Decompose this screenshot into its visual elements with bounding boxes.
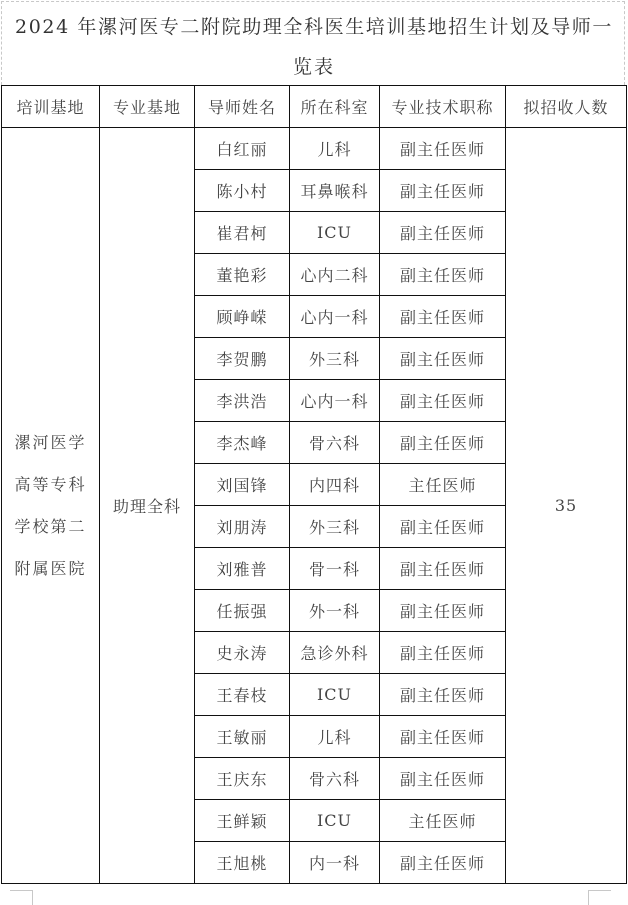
planned-enrollment-cell: 35 <box>506 128 627 884</box>
professional-title-cell: 副主任医师 <box>380 128 506 170</box>
mentor-name-cell: 史永涛 <box>195 632 290 674</box>
mentor-name-cell: 董艳彩 <box>195 254 290 296</box>
mentor-name-cell: 顾峥嵘 <box>195 296 290 338</box>
mentor-name-cell: 白红丽 <box>195 128 290 170</box>
mentor-name-cell: 李杰峰 <box>195 422 290 464</box>
mentor-name-cell: 王旭桃 <box>195 842 290 884</box>
header-training-base: 培训基地 <box>2 86 100 128</box>
mentor-name-cell: 刘国锋 <box>195 464 290 506</box>
professional-title-cell: 副主任医师 <box>380 548 506 590</box>
header-professional-title: 专业技术职称 <box>380 86 506 128</box>
professional-title-cell: 副主任医师 <box>380 632 506 674</box>
department-cell: 心内一科 <box>290 296 380 338</box>
mentor-name-cell: 崔君柯 <box>195 212 290 254</box>
page-corner-mark-left <box>10 890 33 905</box>
professional-title-cell: 副主任医师 <box>380 716 506 758</box>
professional-title-cell: 副主任医师 <box>380 338 506 380</box>
training-base-line: 附属医院 <box>2 548 99 590</box>
professional-title-cell: 副主任医师 <box>380 212 506 254</box>
mentor-name-cell: 王敏丽 <box>195 716 290 758</box>
department-cell: 心内一科 <box>290 380 380 422</box>
page-corner-mark-right <box>588 890 611 905</box>
department-cell: 骨六科 <box>290 758 380 800</box>
department-cell: ICU <box>290 212 380 254</box>
training-base-line: 学校第二 <box>2 506 99 548</box>
department-cell: 儿科 <box>290 128 380 170</box>
professional-title-cell: 副主任医师 <box>380 254 506 296</box>
training-base-line: 漯河医学 <box>2 422 99 464</box>
professional-title-cell: 副主任医师 <box>380 842 506 884</box>
professional-title-cell: 副主任医师 <box>380 506 506 548</box>
mentor-name-cell: 刘朋涛 <box>195 506 290 548</box>
professional-title-cell: 副主任医师 <box>380 422 506 464</box>
department-cell: 内一科 <box>290 842 380 884</box>
header-department: 所在科室 <box>290 86 380 128</box>
department-cell: ICU <box>290 800 380 842</box>
mentor-name-cell: 刘雅普 <box>195 548 290 590</box>
mentor-name-cell: 任振强 <box>195 590 290 632</box>
department-cell: 儿科 <box>290 716 380 758</box>
mentor-name-cell: 陈小村 <box>195 170 290 212</box>
department-cell: 心内二科 <box>290 254 380 296</box>
mentor-name-cell: 王鲜颖 <box>195 800 290 842</box>
professional-title-cell: 副主任医师 <box>380 590 506 632</box>
department-cell: 外三科 <box>290 338 380 380</box>
mentor-table: 培训基地 专业基地 导师姓名 所在科室 专业技术职称 拟招收人数 漯河医学高等专… <box>1 85 627 884</box>
department-cell: 急诊外科 <box>290 632 380 674</box>
department-cell: 外一科 <box>290 590 380 632</box>
header-mentor-name: 导师姓名 <box>195 86 290 128</box>
professional-title-cell: 副主任医师 <box>380 380 506 422</box>
header-planned-enrollment: 拟招收人数 <box>506 86 627 128</box>
professional-title-cell: 副主任医师 <box>380 296 506 338</box>
mentor-name-cell: 李贺鹏 <box>195 338 290 380</box>
department-cell: 耳鼻喉科 <box>290 170 380 212</box>
department-cell: 骨一科 <box>290 548 380 590</box>
document-title-line2: 览表 <box>0 52 628 79</box>
table-row: 漯河医学高等专科学校第二附属医院助理全科白红丽儿科副主任医师35 <box>2 128 627 170</box>
department-cell: 骨六科 <box>290 422 380 464</box>
training-base-line: 高等专科 <box>2 464 99 506</box>
professional-title-cell: 主任医师 <box>380 800 506 842</box>
professional-title-cell: 副主任医师 <box>380 170 506 212</box>
professional-title-cell: 副主任医师 <box>380 674 506 716</box>
training-base-cell: 漯河医学高等专科学校第二附属医院 <box>2 128 100 884</box>
professional-title-cell: 副主任医师 <box>380 758 506 800</box>
department-cell: ICU <box>290 674 380 716</box>
document-title-line1: 2024 年漯河医专二附院助理全科医生培训基地招生计划及导师一 <box>0 12 628 39</box>
specialty-base-cell: 助理全科 <box>100 128 195 884</box>
mentor-name-cell: 王庆东 <box>195 758 290 800</box>
header-specialty-base: 专业基地 <box>100 86 195 128</box>
department-cell: 内四科 <box>290 464 380 506</box>
table-header-row: 培训基地 专业基地 导师姓名 所在科室 专业技术职称 拟招收人数 <box>2 86 627 128</box>
mentor-name-cell: 王春枝 <box>195 674 290 716</box>
professional-title-cell: 主任医师 <box>380 464 506 506</box>
mentor-name-cell: 李洪浩 <box>195 380 290 422</box>
department-cell: 外三科 <box>290 506 380 548</box>
